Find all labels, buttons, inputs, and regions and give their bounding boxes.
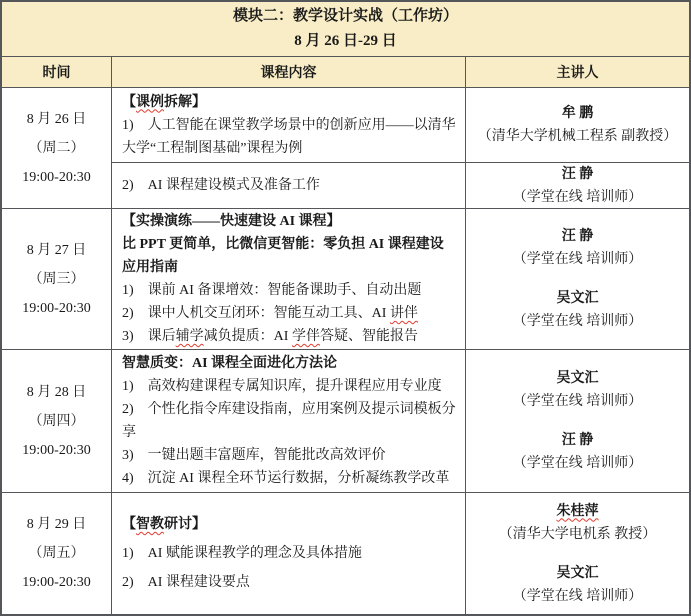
speaker-cell-aug27: 汪 静（学堂在线 培训师）吴文汇（学堂在线 培训师） [465,209,689,349]
content-line: 3) 课后辅学减负提质：AI 学伴答疑、智能报告 [122,325,457,348]
content-line: 比 PPT 更简单，比微信更智能：零负担 AI 课程建设应用指南 [122,233,457,279]
time-line: 19:00-20:30 [22,163,90,192]
content-line: 3) 一键出题丰富题库，智能批改高效评价 [122,444,457,467]
speaker-cell-aug29: 朱桂萍（清华大学电机系 教授）吴文汇（学堂在线 培训师） [465,493,689,614]
speaker-affiliation: （学堂在线 培训师） [513,248,643,271]
content-line: 1) 课前 AI 备课增效：智能备课助手、自动出题 [122,279,457,302]
time-line: 8 月 29 日 [27,510,87,539]
content-line: 2) 课中人机交互闭环：智能互动工具、AI 讲伴 [122,302,457,325]
content-line: 2) 个性化指令库建设指南，应用案例及提示词模板分享 [122,398,457,444]
table-row-aug28: 8 月 28 日（周四）19:00-20:30 【实操演练——深度精进 AI 课… [2,350,689,493]
column-header-speaker: 主讲人 [465,57,689,87]
text-segment: 2) 个性化指令库建设指南，应用案例及提示词模板分享 [122,402,456,440]
spellcheck-flagged-text: 学伴 [292,329,320,344]
text-segment: 【 [122,517,136,532]
time-cell-aug29: 8 月 29 日（周五）19:00-20:30 [2,493,111,614]
spellcheck-flagged-text: 智教 [136,517,164,532]
table-title-cell: 模块二：教学设计实战（工作坊） 8 月 26 日-29 日 [2,2,689,57]
speaker-name: 汪 静 [513,429,643,452]
content-line: 2) AI 课程建设要点 [122,568,457,597]
speaker-block: 吴文汇（学堂在线 培训师） [513,562,643,608]
text-segment: 拆解】 [164,95,206,110]
speaker-block: 汪 静（学堂在线 培训师） [513,163,643,209]
spellcheck-flagged-text: 讲伴 [390,306,418,321]
spellcheck-flagged-text: 课例 [136,95,164,110]
speaker-block: 汪 静（学堂在线 培训师） [513,429,643,475]
speaker-block: 吴文汇（学堂在线 培训师） [513,367,643,413]
time-line: 19:00-20:30 [22,294,90,323]
text-segment: 2) AI 课程建设要点 [122,575,250,590]
text-segment: 1) 高效构建课程专属知识库，提升课程应用专业度 [122,379,442,394]
speaker-name: 吴文汇 [513,287,643,310]
content-line: 1) 人工智能在课堂教学场景中的创新应用——以清华大学“工程制图基础”课程为例 [122,114,457,160]
text-segment: 【实操演练——快速建设 AI 课程】 [122,214,341,229]
content-cell-aug26-part2: 2) AI 课程建设模式及准备工作 [111,162,465,208]
text-segment: 1) AI 赋能课程教学的理念及具体措施 [122,546,362,561]
speaker-cell-aug26-part2: 汪 静（学堂在线 培训师） [465,162,689,208]
text-segment: 比 PPT 更简单，比微信更智能：零负担 AI 课程建设应用指南 [122,237,444,275]
table-row-aug26: 8 月 26 日（周二）19:00-20:30 【课例拆解】1) 人工智能在课堂… [2,88,689,209]
speaker-name: 朱桂萍 [499,500,657,523]
speaker-affiliation: （学堂在线 培训师） [513,186,643,209]
speaker-affiliation: （清华大学电机系 教授） [499,523,657,546]
time-line: （周四） [29,407,85,436]
text-segment: 研讨】 [164,517,206,532]
column-header-content: 课程内容 [111,57,465,87]
time-line: 19:00-20:30 [22,568,90,597]
speaker-affiliation: （学堂在线 培训师） [513,390,643,413]
speaker-name: 牟 鹏 [478,102,678,125]
spellcheck-flagged-text: 辅学 [176,329,204,344]
time-line: 8 月 26 日 [27,105,87,134]
time-line: 8 月 27 日 [27,236,87,265]
speaker-affiliation: （清华大学机械工程系 副教授） [478,125,678,148]
content-line: 1) AI 赋能课程教学的理念及具体措施 [122,539,457,568]
text-segment: 3) 课后 [122,329,176,344]
content-cell-aug27: 【实操演练——快速建设 AI 课程】比 PPT 更简单，比微信更智能：零负担 A… [111,209,465,349]
time-line: 19:00-20:30 [22,436,90,465]
text-segment: 智慧质变：AI 课程全面进化方法论 [122,356,337,371]
speaker-name: 汪 静 [513,225,643,248]
speaker-affiliation: （学堂在线 培训师） [513,310,643,333]
speaker-name: 吴文汇 [513,367,643,390]
speaker-affiliation: （学堂在线 培训师） [513,452,643,475]
text-segment: 答疑、智能报告 [320,329,418,344]
content-cell-aug29: 【智教研讨】1) AI 赋能课程教学的理念及具体措施2) AI 课程建设要点 [111,493,465,614]
content-line: 2) AI 课程建设模式及准备工作 [122,174,457,197]
text-segment: 【 [122,95,136,110]
speaker-name: 汪 静 [513,163,643,186]
time-line: 8 月 28 日 [27,378,87,407]
content-line: 【实操演练——快速建设 AI 课程】 [122,210,457,233]
course-schedule-table: 模块二：教学设计实战（工作坊） 8 月 26 日-29 日 时间 课程内容 主讲… [0,0,691,616]
table-row-aug29: 8 月 29 日（周五）19:00-20:30 【智教研讨】1) AI 赋能课程… [2,493,689,614]
speaker-affiliation: （学堂在线 培训师） [513,585,643,608]
text-segment: 2) AI 课程建设模式及准备工作 [122,178,320,193]
speaker-cell-aug26-part1: 牟 鹏（清华大学机械工程系 副教授） [465,88,689,162]
column-header-time: 时间 [2,57,111,87]
content-cell-aug26-part1: 【课例拆解】1) 人工智能在课堂教学场景中的创新应用——以清华大学“工程制图基础… [111,88,465,162]
text-segment: 1) 人工智能在课堂教学场景中的创新应用——以清华大学“工程制图基础”课程为例 [122,118,456,156]
content-line: 【课例拆解】 [122,91,457,114]
content-line: 4) 沉淀 AI 课程全环节运行数据，分析凝练教学改革方法 [122,467,457,492]
text-segment: 1) 课前 AI 备课增效：智能备课助手、自动出题 [122,283,421,298]
time-cell-aug27: 8 月 27 日（周三）19:00-20:30 [2,209,111,349]
date-range: 8 月 26 日-29 日 [2,29,689,54]
speaker-block: 汪 静（学堂在线 培训师） [513,225,643,271]
text-segment: 3) 一键出题丰富题库，智能批改高效评价 [122,448,386,463]
speaker-block: 吴文汇（学堂在线 培训师） [513,287,643,333]
text-segment: 减负提质：AI [204,329,292,344]
speaker-name: 吴文汇 [513,562,643,585]
column-header-row: 时间 课程内容 主讲人 [2,57,689,88]
time-cell-aug26: 8 月 26 日（周二）19:00-20:30 [2,88,111,208]
content-cell-aug28: 【实操演练——深度精进 AI 课程】智慧质变：AI 课程全面进化方法论1) 高效… [111,350,465,492]
content-line: 智慧质变：AI 课程全面进化方法论 [122,352,457,375]
speaker-cell-aug28: 吴文汇（学堂在线 培训师）汪 静（学堂在线 培训师） [465,350,689,492]
time-cell-aug28: 8 月 28 日（周四）19:00-20:30 [2,350,111,492]
module-title: 模块二：教学设计实战（工作坊） [2,4,689,29]
speaker-block: 朱桂萍（清华大学电机系 教授） [499,500,657,546]
time-line: （周三） [29,265,85,294]
text-segment: 4) 沉淀 AI 课程全环节运行数据，分析凝练教学改革方法 [122,471,449,492]
speaker-block: 牟 鹏（清华大学机械工程系 副教授） [478,102,678,148]
time-line: （周五） [29,539,85,568]
time-line: （周二） [29,134,85,163]
content-line: 1) 高效构建课程专属知识库，提升课程应用专业度 [122,375,457,398]
content-line: 【智教研讨】 [122,510,457,539]
text-segment: 2) 课中人机交互闭环：智能互动工具、AI [122,306,390,321]
table-row-aug27: 8 月 27 日（周三）19:00-20:30 【实操演练——快速建设 AI 课… [2,209,689,350]
